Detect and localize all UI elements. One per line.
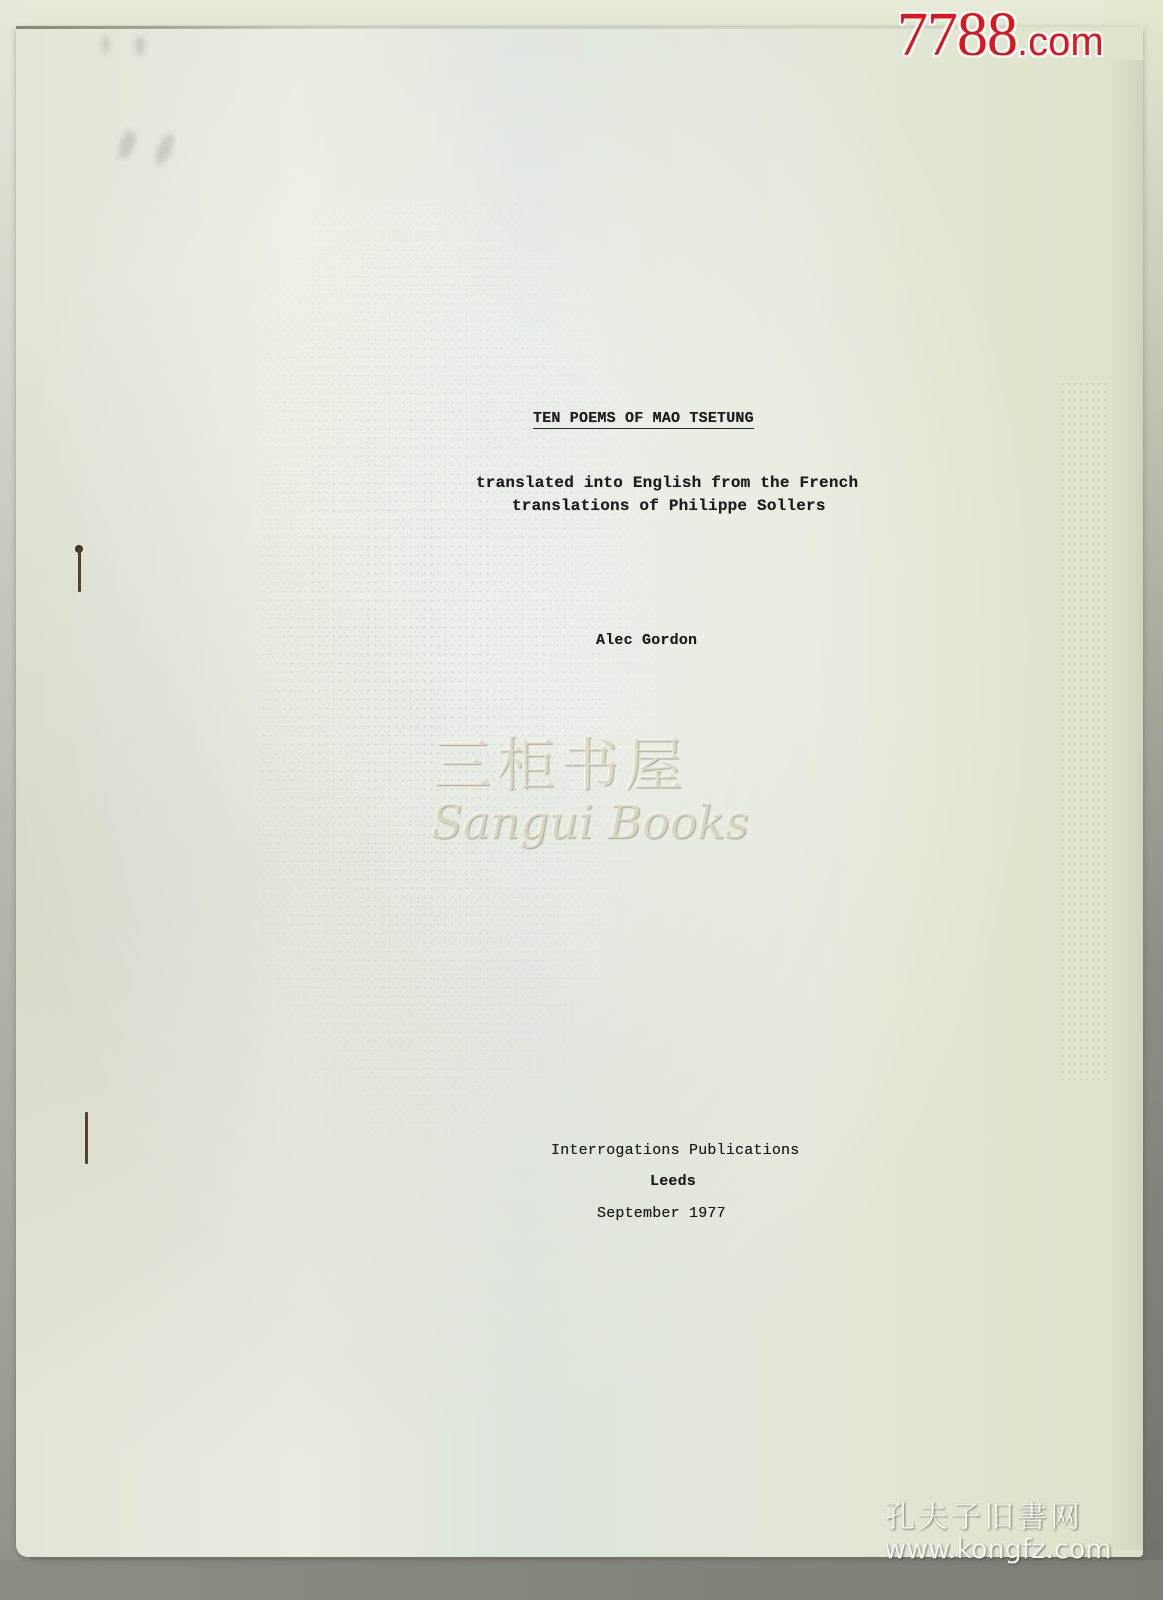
logo-tld: .com (1017, 20, 1104, 64)
seller-watermark-chinese: 三柜书屋 (433, 718, 689, 802)
publisher-name: Interrogations Publications (551, 1142, 799, 1159)
logo-number: 7788 (897, 1, 1017, 69)
author-name: Alec Gordon (596, 632, 697, 649)
publication-date: September 1977 (597, 1205, 726, 1222)
site-logo-7788: 7788.com (897, 2, 1104, 68)
toner-speckle-right-edge (1060, 380, 1110, 1080)
smudge-mark (102, 36, 110, 54)
subtitle-line-1: translated into English from the French (476, 474, 858, 492)
subtitle-line-2: translations of Philippe Sollers (512, 497, 826, 515)
background-bottom (0, 1560, 1163, 1600)
publication-city: Leeds (650, 1173, 696, 1190)
document-title: TEN POEMS OF MAO TSETUNG (533, 410, 754, 429)
smudge-mark (135, 36, 145, 56)
seller-watermark-english: Sangui Books (431, 795, 749, 849)
toner-speckle (260, 200, 680, 1200)
kongfz-watermark-chinese: 孔夫子旧書网 (885, 1492, 1083, 1536)
kongfz-watermark-url: www.kongfz.com (884, 1534, 1112, 1565)
paper-top-edge (16, 26, 1016, 29)
staple-bottom (85, 1112, 88, 1164)
staple-top (78, 548, 81, 592)
paper-right-shade (1105, 60, 1143, 1550)
